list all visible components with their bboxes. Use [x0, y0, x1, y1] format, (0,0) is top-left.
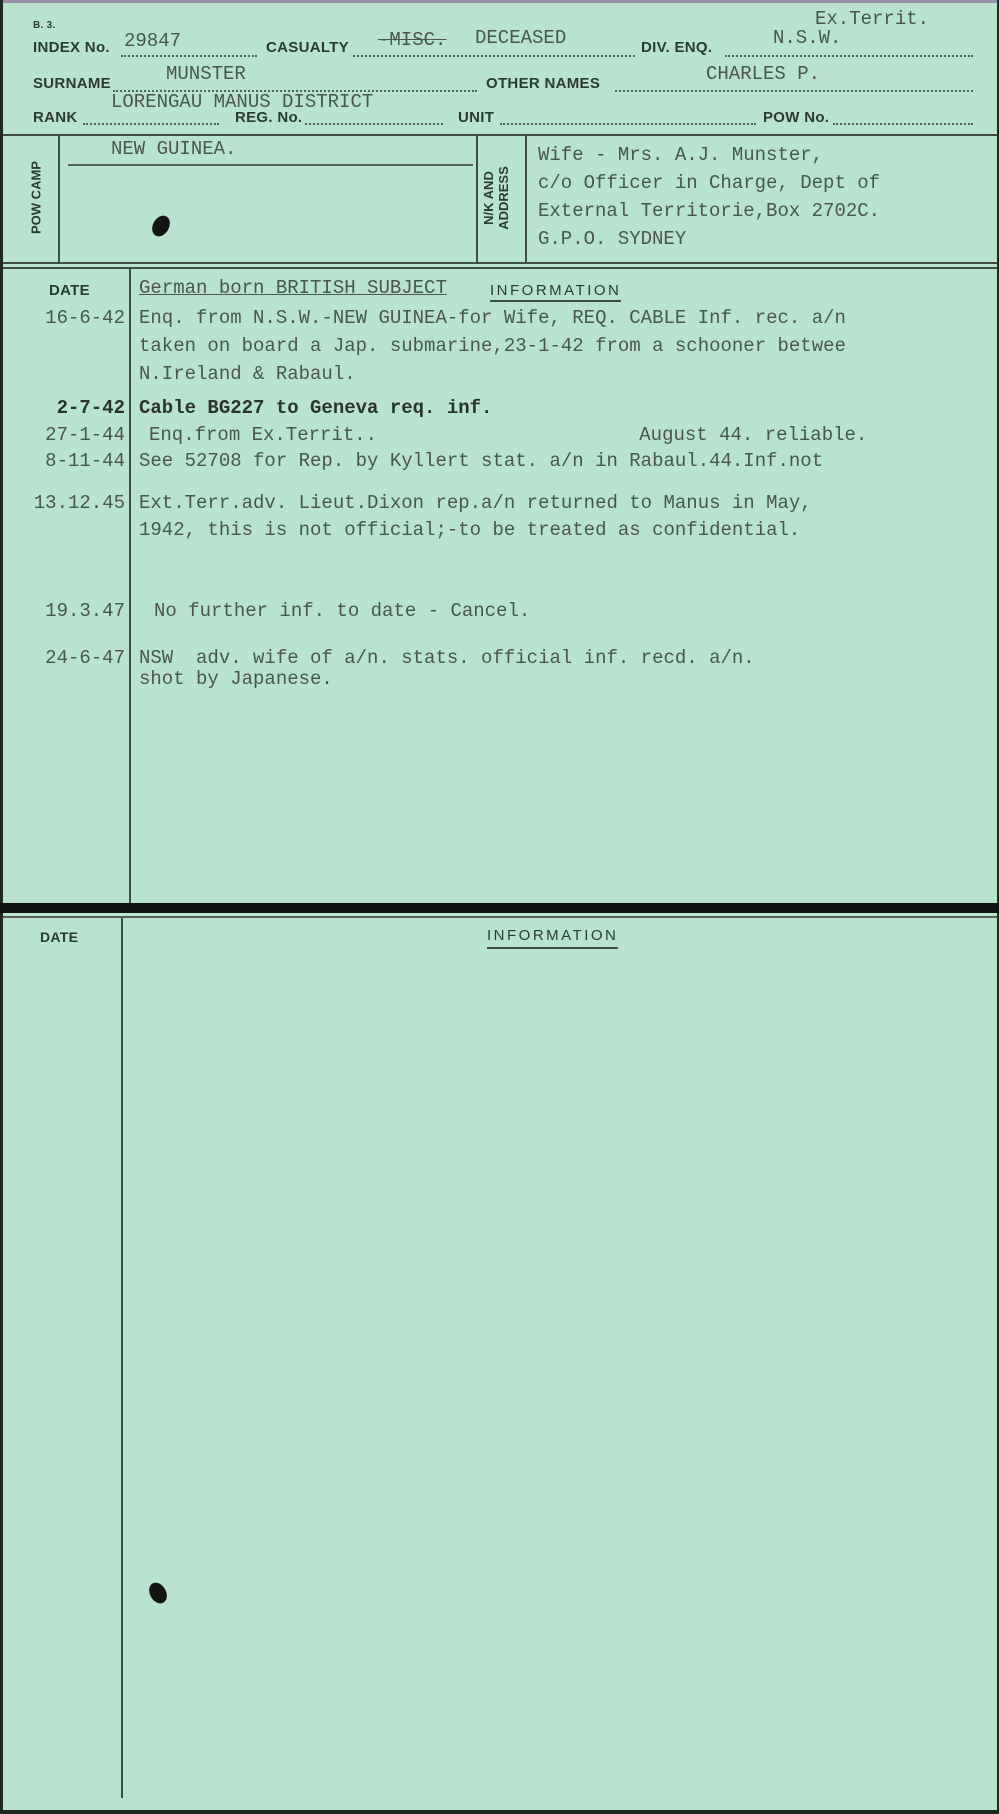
info-note: German born BRITISH SUBJECT [139, 277, 447, 299]
div-enq-extra: Ex.Territ. [815, 8, 929, 30]
card-separator [0, 903, 999, 913]
entry-line: Enq. from N.S.W.-NEW GUINEA-for Wife, RE… [139, 307, 846, 329]
reg-no-label: REG. No. [235, 109, 302, 126]
entry-line: taken on board a Jap. submarine,23-1-42 … [139, 335, 846, 357]
casualty-line [353, 55, 635, 57]
rank-label: RANK [33, 109, 78, 126]
other-names-line [615, 90, 973, 92]
pow-camp-value: NEW GUINEA. [111, 138, 236, 160]
pow-no-line [833, 123, 973, 125]
divider [476, 134, 478, 262]
entry-line: Ext.Terr.adv. Lieut.Dixon rep.a/n return… [139, 492, 812, 514]
casualty-struck-value: -MISC. [378, 29, 446, 51]
entry-line: 1942, this is not official;-to be treate… [139, 519, 800, 541]
surname-label: SURNAME [33, 75, 111, 92]
entry-date: 27-1-44 [3, 424, 125, 446]
other-names-label: OTHER NAMES [486, 75, 600, 92]
index-card-front: B. 3. INDEX No. 29847 CASUALTY -MISC. DE… [3, 0, 997, 906]
entry-line: Enq.from Ex.Territ.. August 44. reliable… [149, 424, 867, 446]
divider [3, 134, 997, 136]
divider [58, 134, 60, 262]
nk-label-line2: ADDRESS [496, 158, 511, 238]
info-header: INFORMATION [490, 282, 621, 302]
date-header: DATE [40, 929, 78, 945]
nk-address-line: G.P.O. SYDNEY [538, 228, 686, 250]
divider [3, 267, 997, 269]
index-no-value: 29847 [124, 30, 181, 52]
pow-camp-underline [68, 164, 473, 166]
index-card-back: DATE INFORMATION [3, 913, 997, 1810]
punch-hole [149, 212, 174, 239]
date-column-divider [121, 918, 123, 1798]
reg-no-line [305, 123, 443, 125]
casualty-value: DECEASED [475, 27, 566, 49]
index-no-line [121, 55, 257, 57]
div-enq-value: N.S.W. [773, 27, 841, 49]
other-names-value: CHARLES P. [706, 63, 820, 85]
surname-value: MUNSTER [166, 63, 246, 85]
entry-date: 2-7-42 [3, 397, 125, 419]
entry-line: NSW adv. wife of a/n. stats. official in… [139, 647, 755, 669]
entry-date: 8-11-44 [3, 450, 125, 472]
entry-date: 19.3.47 [3, 600, 125, 622]
entry-date: 24-6-47 [3, 647, 125, 669]
entry-line: Cable BG227 to Geneva req. inf. [139, 397, 492, 419]
entry-line: shot by Japanese. [139, 668, 333, 690]
nk-label-line1: N/K AND [481, 158, 496, 238]
entry-line: N.Ireland & Rabaul. [139, 363, 356, 385]
divider [3, 262, 997, 264]
entry-line: See 52708 for Rep. by Kyllert stat. a/n … [139, 450, 823, 472]
div-enq-label: DIV. ENQ. [641, 39, 712, 56]
date-column-divider [129, 269, 131, 906]
unit-line [500, 123, 756, 125]
nk-address-line: c/o Officer in Charge, Dept of [538, 172, 880, 194]
nk-address-line: Wife - Mrs. A.J. Munster, [538, 144, 823, 166]
divider [3, 916, 997, 918]
date-header: DATE [49, 282, 90, 299]
nk-address-line: External Territorie,Box 2702C. [538, 200, 880, 222]
entry-date: 13.12.45 [3, 492, 125, 514]
casualty-label: CASUALTY [266, 39, 349, 56]
pow-camp-label: POW CAMP [29, 148, 44, 248]
nk-address-label: N/K AND ADDRESS [481, 158, 511, 238]
entry-line: No further inf. to date - Cancel. [154, 600, 530, 622]
pow-no-label: POW No. [763, 109, 829, 126]
rank-line [83, 123, 219, 125]
divider [525, 134, 527, 262]
info-header: INFORMATION [487, 927, 618, 949]
form-code: B. 3. [33, 20, 56, 31]
entry-date: 16-6-42 [3, 307, 125, 329]
unit-label: UNIT [458, 109, 494, 126]
div-enq-line [725, 55, 973, 57]
index-no-label: INDEX No. [33, 39, 110, 56]
punch-hole [146, 1579, 171, 1606]
